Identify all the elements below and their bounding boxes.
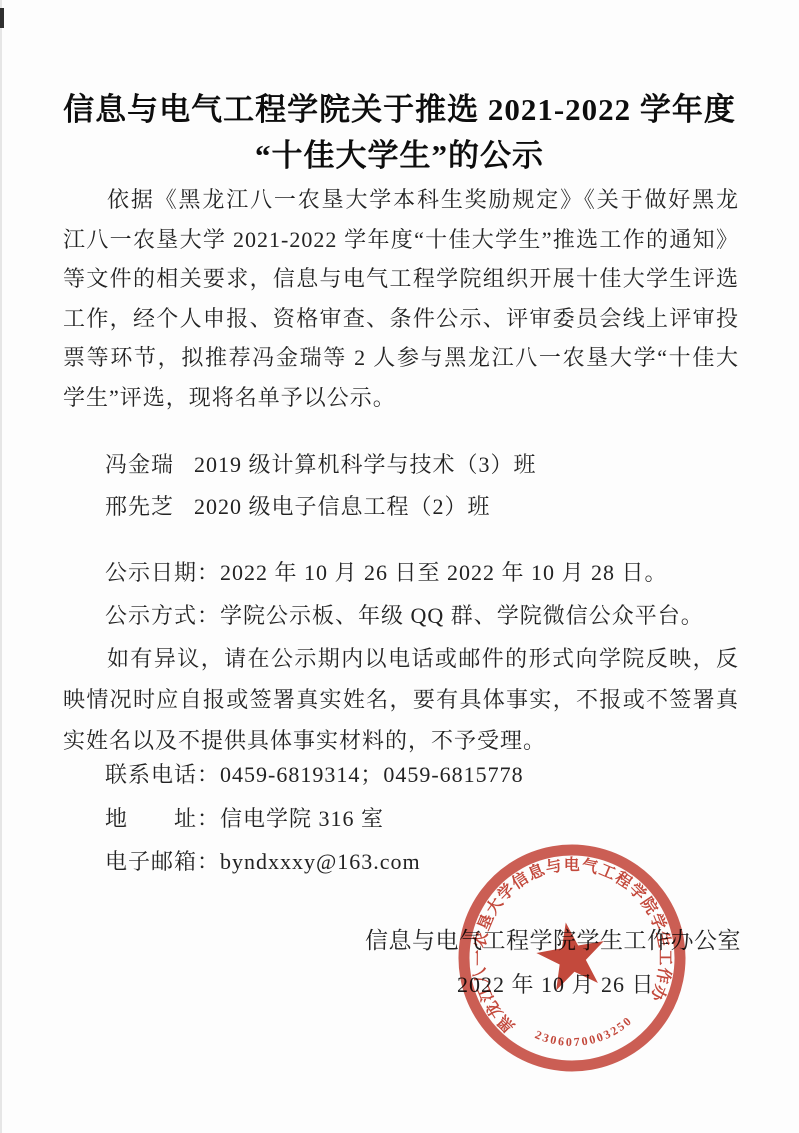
seal-star-icon (532, 917, 611, 993)
address-line: 地 址：信电学院 316 室 (105, 802, 384, 833)
email-line: 电子邮箱：byndxxxy@163.com (105, 845, 421, 876)
document-title-line-1: 信息与电气工程学院关于推选 2021-2022 学年度 (0, 84, 799, 129)
official-seal: 黑龙江八一农垦大学信息与电气工程学院学生工作办公室 2306070003250 (440, 826, 704, 1090)
objection-paragraph: 如有异议，请在公示期内以电话或邮件的形式向学院反映，反映情况时应自报或签署真实姓… (63, 638, 739, 761)
publicity-method-line: 公示方式：学院公示板、年级 QQ 群、学院微信公众平台。 (105, 599, 704, 630)
document-title-line-2: “十佳大学生”的公示 (0, 130, 799, 175)
candidate-class: 2020 级电子信息工程（2）班 (194, 494, 491, 519)
publicity-date-line: 公示日期：2022 年 10 月 26 日至 2022 年 10 月 28 日。 (105, 556, 668, 587)
candidate-row: 冯金瑞2019 级计算机科学与技术（3）班 (105, 448, 537, 479)
candidate-class: 2019 级计算机科学与技术（3）班 (194, 452, 537, 477)
document-page: 信息与电气工程学院关于推选 2021-2022 学年度 “十佳大学生”的公示 依… (0, 0, 799, 1133)
candidate-name: 邢先芝 (105, 494, 174, 519)
candidate-row: 邢先芝2020 级电子信息工程（2）班 (105, 490, 491, 521)
candidate-name: 冯金瑞 (105, 452, 174, 477)
scan-corner-artifact (0, 8, 4, 28)
intro-paragraph: 依据《黑龙江八一农垦大学本科生奖励规定》《关于做好黑龙江八一农垦大学 2021-… (63, 180, 739, 417)
contact-phone-line: 联系电话：0459-6819314；0459-6815778 (105, 758, 524, 789)
